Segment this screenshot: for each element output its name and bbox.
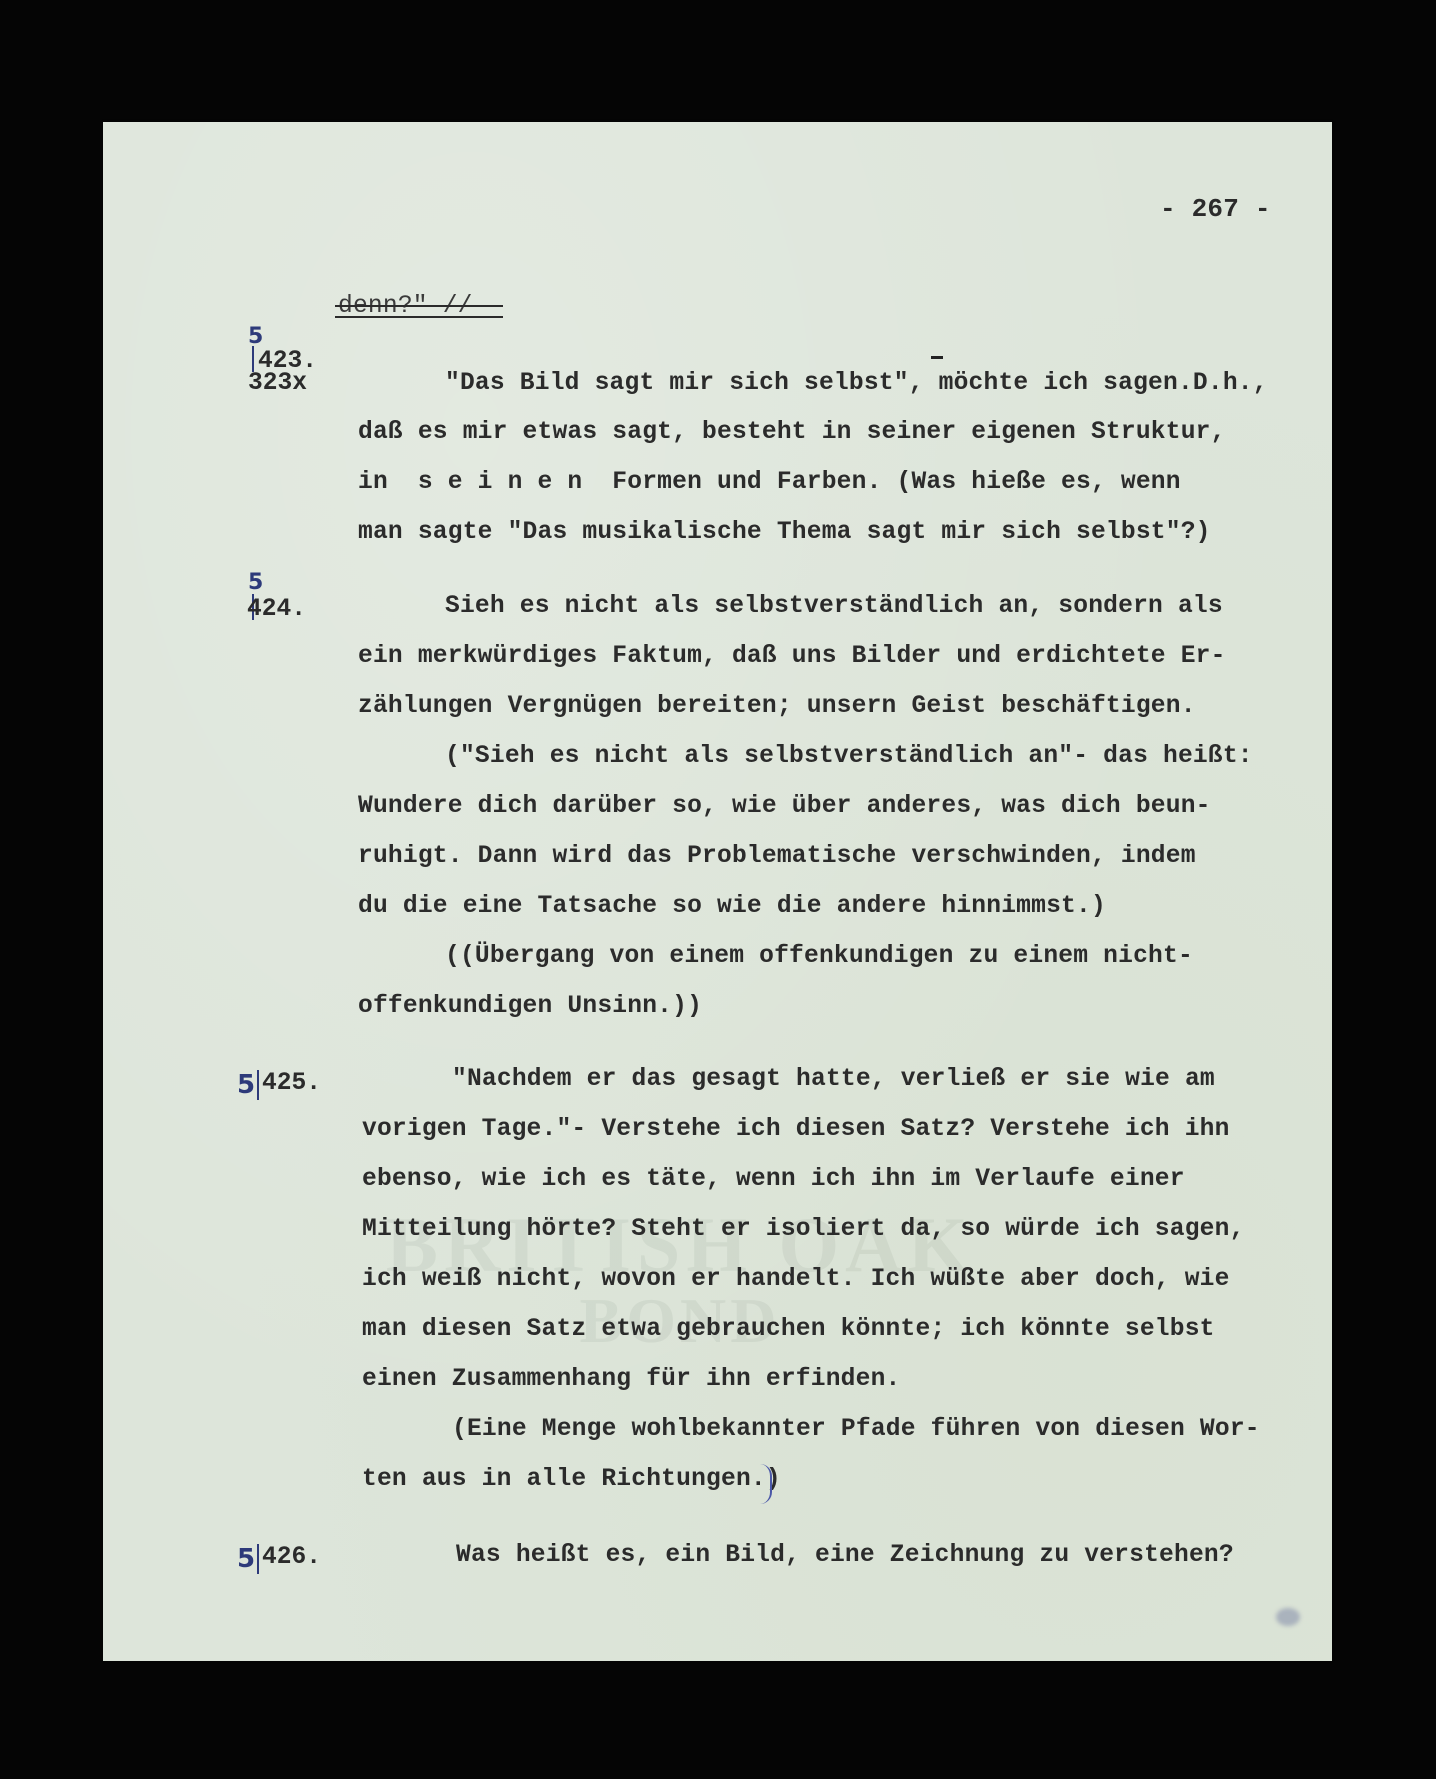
page-number: - 267 - <box>1160 196 1271 222</box>
remark-number: 424. <box>247 598 306 623</box>
typed-correction-mark <box>931 356 943 359</box>
remark-line: man sagte "Das musikalische Thema sagt m… <box>358 521 1211 546</box>
remark-line: ("Sieh es nicht als selbstverständlich a… <box>445 745 1253 770</box>
remark-line: "Nachdem er das gesagt hatte, verließ er… <box>452 1068 1215 1093</box>
remark-line: ebenso, wie ich es täte, wenn ich ihn im… <box>362 1168 1185 1193</box>
remark-line: offenkundigen Unsinn.)) <box>358 995 702 1020</box>
strike-line <box>335 305 503 307</box>
remark-number: 425. <box>262 1072 321 1097</box>
handwritten-number: 5 <box>248 572 263 594</box>
remark-line: ich weiß nicht, wovon er handelt. Ich wü… <box>362 1268 1230 1293</box>
remark-line: (Eine Menge wohlbekannter Pfade führen v… <box>452 1418 1260 1443</box>
remark-number: 426. <box>262 1546 321 1571</box>
handwritten-number: 5 <box>237 1072 255 1098</box>
remark-line: daß es mir etwas sagt, besteht in seiner… <box>358 421 1226 446</box>
remark-line: Wundere dich darüber so, wie über andere… <box>358 795 1211 820</box>
remark-line: ein merkwürdiges Faktum, daß uns Bilder … <box>358 645 1226 670</box>
handwritten-parenthesis <box>760 1464 772 1504</box>
remark-line: ruhigt. Dann wird das Problematische ver… <box>358 845 1196 870</box>
handwritten-stroke <box>252 346 254 372</box>
strike-line <box>335 316 503 318</box>
remark-line: Mitteilung hörte? Steht er isoliert da, … <box>362 1218 1245 1243</box>
handwritten-number: 5 <box>248 326 263 348</box>
remark-line: "Das Bild sagt mir sich selbst", möchte … <box>445 372 1268 397</box>
remark-line: du die eine Tatsache so wie die andere h… <box>358 895 1106 920</box>
remark-line: zählungen Vergnügen bereiten; unsern Gei… <box>358 695 1196 720</box>
remark-line: ten aus in alle Richtungen.) <box>362 1468 781 1493</box>
remark-line: Sieh es nicht als selbstverständlich an,… <box>445 595 1223 620</box>
handwritten-stroke <box>257 1544 259 1574</box>
remark-line: ((Übergang von einem offenkundigen zu ei… <box>445 945 1193 970</box>
remark-line: einen Zusammenhang für ihn erfinden. <box>362 1368 901 1393</box>
remark-line: in s e i n e n Formen und Farben. (Was h… <box>358 471 1181 496</box>
remark-line: man diesen Satz etwa gebrauchen könnte; … <box>362 1318 1215 1343</box>
remark-number-old: 323x <box>248 372 307 397</box>
remark-line: Was heißt es, ein Bild, eine Zeichnung z… <box>456 1544 1234 1569</box>
ink-smudge <box>1276 1608 1300 1626</box>
handwritten-number: 5 <box>237 1546 255 1572</box>
handwritten-stroke <box>257 1070 259 1100</box>
remark-line: vorigen Tage."- Verstehe ich diesen Satz… <box>362 1118 1230 1143</box>
